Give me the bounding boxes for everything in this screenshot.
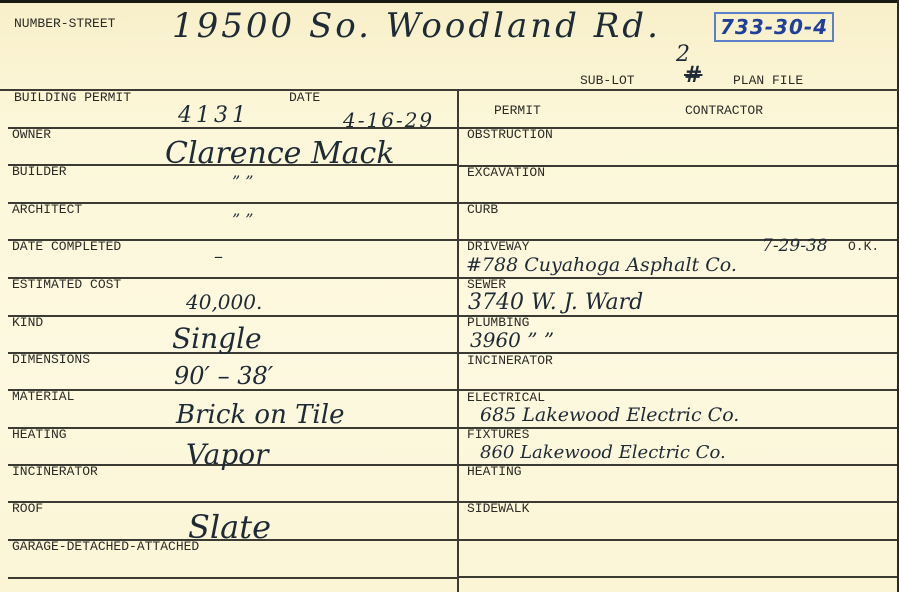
sub-lot-label: SUB-LOT bbox=[580, 74, 635, 88]
contractor-value-electrical: 685 Lakewood Electric Co. bbox=[480, 404, 739, 426]
field-value-estimated-cost: 40,000. bbox=[186, 290, 262, 314]
field-label-architect: ARCHITECT bbox=[12, 203, 82, 217]
permit-label-electrical: ELECTRICAL bbox=[467, 391, 545, 405]
plan-file-label: PLAN FILE bbox=[733, 74, 803, 88]
field-label-material: MATERIAL bbox=[12, 390, 74, 404]
contractor-header: CONTRACTOR bbox=[685, 104, 763, 118]
permit-status-driveway: O.K. bbox=[848, 240, 879, 254]
row-rule bbox=[8, 315, 457, 317]
contractor-value-fixtures: 860 Lakewood Electric Co. bbox=[480, 442, 726, 463]
building-permit-label: BUILDING PERMIT bbox=[14, 91, 131, 105]
building-permit-value: 4131 bbox=[178, 103, 250, 128]
permit-label-obstruction: OBSTRUCTION bbox=[467, 128, 553, 142]
permit-label-sidewalk: SIDEWALK bbox=[467, 502, 529, 516]
field-label-garage-detached-attached: GARAGE-DETACHED-ATTACHED bbox=[12, 540, 199, 554]
field-value-kind: Single bbox=[172, 322, 262, 355]
row-rule bbox=[8, 501, 457, 503]
contractor-value-sewer: 3740 W. J. Ward bbox=[468, 290, 643, 315]
row-rule bbox=[457, 576, 897, 578]
field-label-incinerator: INCINERATOR bbox=[12, 465, 98, 479]
field-value-material: Brick on Tile bbox=[176, 400, 344, 430]
row-rule bbox=[457, 277, 897, 279]
field-value-heating: Vapor bbox=[186, 438, 269, 471]
sub-lot-struck-mark: # bbox=[684, 62, 702, 88]
row-rule bbox=[457, 464, 897, 466]
field-value-architect: ” ” bbox=[232, 210, 253, 229]
field-label-estimated-cost: ESTIMATED COST bbox=[12, 278, 121, 292]
date-label: DATE bbox=[289, 91, 320, 105]
permit-label-curb: CURB bbox=[467, 203, 498, 217]
card-top-edge bbox=[0, 0, 899, 3]
field-value-roof: Slate bbox=[188, 508, 271, 546]
row-rule bbox=[8, 127, 457, 129]
field-label-heating: HEATING bbox=[12, 428, 67, 442]
permit-header: PERMIT bbox=[494, 104, 541, 118]
contractor-value-plumbing: 3960 ” ” bbox=[470, 328, 554, 352]
plan-file-number-stamp: 733-30-4 bbox=[714, 12, 834, 42]
field-value-date-completed: – bbox=[214, 246, 223, 267]
field-label-kind: KIND bbox=[12, 316, 43, 330]
field-value-dimensions: 90′ – 38′ bbox=[174, 362, 273, 390]
permit-label-incinerator: INCINERATOR bbox=[467, 354, 553, 368]
row-rule bbox=[8, 577, 457, 579]
permit-date-driveway: 7-29-38 bbox=[762, 236, 828, 256]
field-label-date-completed: DATE COMPLETED bbox=[12, 240, 121, 254]
row-rule bbox=[457, 202, 897, 204]
contractor-value-driveway: #788 Cuyahoga Asphalt Co. bbox=[466, 254, 737, 276]
row-rule bbox=[457, 539, 897, 541]
field-label-roof: ROOF bbox=[12, 502, 43, 516]
header-divider bbox=[0, 89, 899, 91]
permit-label-heating: HEATING bbox=[467, 465, 522, 479]
permit-label-fixtures: FIXTURES bbox=[467, 428, 529, 442]
field-label-dimensions: DIMENSIONS bbox=[12, 353, 90, 367]
number-street-label: NUMBER-STREET bbox=[14, 17, 115, 31]
permit-card: NUMBER-STREET 19500 So. Woodland Rd. 733… bbox=[0, 0, 899, 592]
field-value-owner: Clarence Mack bbox=[165, 136, 395, 171]
permit-label-driveway: DRIVEWAY bbox=[467, 240, 529, 254]
field-value-builder: ” ” bbox=[232, 172, 253, 191]
field-label-owner: OWNER bbox=[12, 128, 51, 142]
permit-label-excavation: EXCAVATION bbox=[467, 166, 545, 180]
field-label-builder: BUILDER bbox=[12, 165, 67, 179]
address-value: 19500 So. Woodland Rd. bbox=[172, 6, 661, 46]
